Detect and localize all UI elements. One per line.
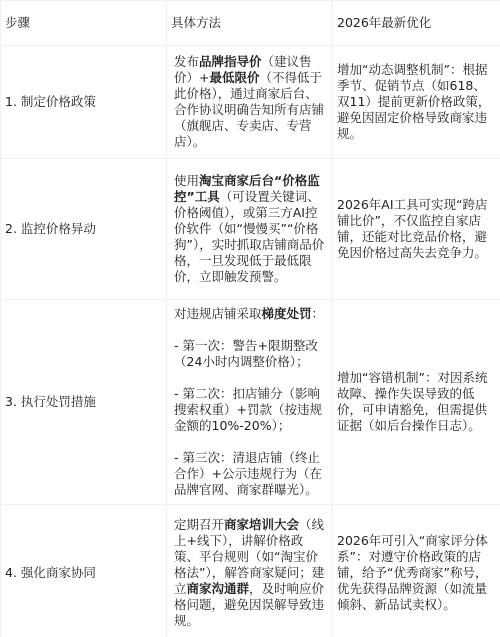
method-cell: 使用淘宝商家后台“价格监控”工具（可设置关键词、价格阈值），或第三方AI控价软件… [167, 159, 333, 300]
table-row: 1. 制定价格政策 发布品牌指导价（建议售价）+最低限价（不得低于此价格），通过… [1, 46, 500, 159]
table-row: 4. 强化商家协同 定期召开商家培训大会（线上+线下），讲解价格政策、平台规则（… [1, 505, 500, 637]
method-bold: 最低限价 [209, 70, 259, 85]
method-bold: 商家培训大会 [224, 517, 299, 532]
method-cell: 发布品牌指导价（建议售价）+最低限价（不得低于此价格），通过商家后台、合作协议明… [167, 46, 333, 159]
penalty-item-1: - 第一次：警告+限期整改（24小时内调整价格）； [174, 338, 326, 370]
table-row: 3. 执行处罚措施 对违规店铺采取梯度处罚： - 第一次：警告+限期整改（24小… [1, 300, 500, 505]
price-control-table: 步骤 具体方法 2026年最新优化 1. 制定价格政策 发布品牌指导价（建议售价… [0, 0, 500, 637]
table-row: 2. 监控价格异动 使用淘宝商家后台“价格监控”工具（可设置关键词、价格阈值），… [1, 159, 500, 300]
step-cell: 2. 监控价格异动 [1, 159, 167, 300]
method-text: ： [312, 306, 325, 321]
method-bold: 品牌指导价 [199, 54, 262, 69]
optimization-cell: 增加“容错机制”：对因系统故障、操作失误导致的低价，可申请豁免，但需提供证据（如… [333, 300, 500, 505]
optimization-cell: 增加“动态调整机制”：根据季节、促销节点（如618、双11）提前更新价格政策，避… [333, 46, 500, 159]
method-text: 使用 [174, 173, 199, 188]
method-text: 对违规店铺采取 [174, 306, 262, 321]
header-optimization: 2026年最新优化 [333, 1, 500, 46]
table-header-row: 步骤 具体方法 2026年最新优化 [1, 1, 500, 46]
method-cell: 对违规店铺采取梯度处罚： - 第一次：警告+限期整改（24小时内调整价格）； -… [167, 300, 333, 505]
method-cell: 定期召开商家培训大会（线上+线下），讲解价格政策、平台规则（如“淘宝价格法”），… [167, 505, 333, 637]
header-step: 步骤 [1, 1, 167, 46]
penalty-item-3: - 第三次：清退店铺（终止合作）+公示违规行为（在品牌官网、商家群曝光）。 [174, 450, 326, 498]
penalty-item-2: - 第二次：扣店铺分（影响搜索权重）+罚款（按违规金额的10%-20%）； [174, 386, 326, 434]
optimization-cell: 2026年AI工具可实现“跨店铺比价”，不仅监控自家店铺，还能对比竞品价格，避免… [333, 159, 500, 300]
method-text: 定期召开 [174, 517, 224, 532]
method-text: 发布 [174, 54, 199, 69]
header-method: 具体方法 [167, 1, 333, 46]
method-bold: 商家沟通群 [187, 581, 250, 596]
step-cell: 4. 强化商家协同 [1, 505, 167, 637]
step-cell: 1. 制定价格政策 [1, 46, 167, 159]
optimization-cell: 2026年可引入“商家评分体系”：对遵守价格政策的店铺，给予“优秀商家”称号，优… [333, 505, 500, 637]
method-bold: 梯度处罚 [262, 306, 312, 321]
penalty-intro: 对违规店铺采取梯度处罚： [174, 306, 326, 322]
step-cell: 3. 执行处罚措施 [1, 300, 167, 505]
